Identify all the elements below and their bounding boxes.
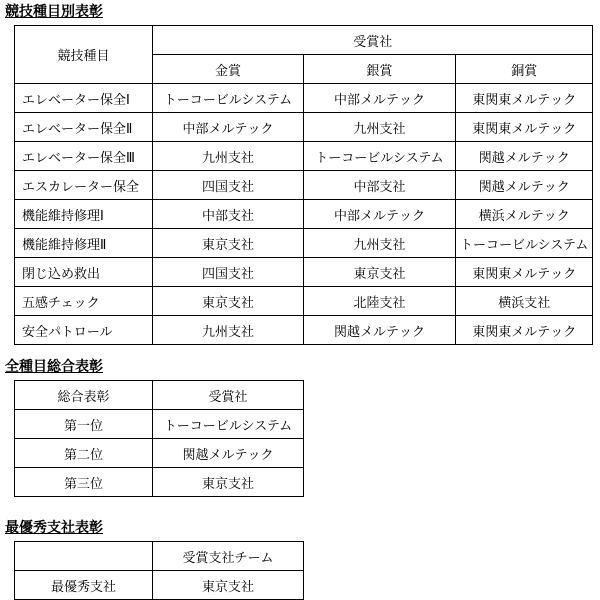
cell-bronze: 東関東メルテック [456,316,593,345]
cell-silver: 中部メルテック [304,84,456,113]
cell-rank: 第一位 [15,410,153,439]
cell-silver: 九州支社 [304,229,456,258]
table-row: 安全パトロール 九州支社 関越メルテック 東関東メルテック [15,316,593,345]
cell-awardee: 関越メルテック [153,439,304,468]
header-gold: 金賞 [153,55,304,84]
table-row: 機能維持修理Ⅰ 中部支社 中部メルテック 横浜メルテック [15,200,593,229]
table-header-row: 競技種目 受賞社 [15,26,593,55]
cell-awardee: 東京支社 [153,468,304,497]
table-row: 最優秀支社 東京支社 [15,571,304,600]
best-branch-table: 受賞支社チーム 最優秀支社 東京支社 [14,541,304,600]
document-page: 競技種目別表彰 競技種目 受賞社 金賞 銀賞 銅賞 エレベーター保全Ⅰ トーコー… [0,0,600,600]
header-rank: 総合表彰 [15,381,153,410]
table-row: エスカレーター保全 四国支社 中部支社 関越メルテック [15,171,593,200]
table-row: 第二位 関越メルテック [15,439,304,468]
section-title-competition: 競技種目別表彰 [5,4,600,20]
table-row: エレベーター保全Ⅰ トーコービルシステム 中部メルテック 東関東メルテック [15,84,593,113]
header-category: 競技種目 [15,26,153,84]
cell-category: エレベーター保全Ⅰ [15,84,153,113]
table-row: 閉じ込め救出 四国支社 東京支社 東関東メルテック [15,258,593,287]
section-title-overall: 全種目総合表彰 [5,359,600,375]
cell-category: エレベーター保全Ⅲ [15,142,153,171]
table-row: 機能維持修理Ⅱ 東京支社 九州支社 トーコービルシステム [15,229,593,258]
cell-bronze: トーコービルシステム [456,229,593,258]
cell-gold: 四国支社 [153,171,304,200]
cell-gold: 四国支社 [153,258,304,287]
cell-silver: 中部メルテック [304,200,456,229]
cell-bronze: 関越メルテック [456,142,593,171]
cell-category: 機能維持修理Ⅱ [15,229,153,258]
cell-gold: 九州支社 [153,316,304,345]
competition-awards-table: 競技種目 受賞社 金賞 銀賞 銅賞 エレベーター保全Ⅰ トーコービルシステム 中… [14,25,593,345]
table-row: 五感チェック 東京支社 北陸支社 横浜支社 [15,287,593,316]
table-header-row: 受賞支社チーム [15,542,304,571]
cell-category: 五感チェック [15,287,153,316]
cell-gold: 東京支社 [153,229,304,258]
cell-category: エスカレーター保全 [15,171,153,200]
cell-bronze: 東関東メルテック [456,258,593,287]
cell-gold: 東京支社 [153,287,304,316]
table-row: 第一位 トーコービルシステム [15,410,304,439]
header-award-group: 受賞社 [153,26,593,55]
cell-silver: 関越メルテック [304,316,456,345]
table-row: エレベーター保全Ⅲ 九州支社 トーコービルシステム 関越メルテック [15,142,593,171]
table-row: 第三位 東京支社 [15,468,304,497]
cell-gold: トーコービルシステム [153,84,304,113]
cell-silver: 北陸支社 [304,287,456,316]
cell-bronze: 横浜支社 [456,287,593,316]
cell-category: 安全パトロール [15,316,153,345]
table-header-row: 総合表彰 受賞社 [15,381,304,410]
cell-gold: 中部支社 [153,200,304,229]
header-awardee-team: 受賞支社チーム [153,542,304,571]
cell-rank: 第二位 [15,439,153,468]
cell-awardee: 東京支社 [153,571,304,600]
cell-category: 閉じ込め救出 [15,258,153,287]
header-awardee: 受賞社 [153,381,304,410]
header-blank [15,542,153,571]
cell-bronze: 東関東メルテック [456,84,593,113]
cell-silver: 九州支社 [304,113,456,142]
overall-awards-table: 総合表彰 受賞社 第一位 トーコービルシステム 第二位 関越メルテック 第三位 … [14,380,304,497]
cell-gold: 九州支社 [153,142,304,171]
cell-silver: 中部支社 [304,171,456,200]
cell-awardee: トーコービルシステム [153,410,304,439]
table-row: エレベーター保全Ⅱ 中部メルテック 九州支社 東関東メルテック [15,113,593,142]
cell-silver: トーコービルシステム [304,142,456,171]
cell-label: 最優秀支社 [15,571,153,600]
cell-bronze: 関越メルテック [456,171,593,200]
cell-silver: 東京支社 [304,258,456,287]
cell-category: 機能維持修理Ⅰ [15,200,153,229]
header-bronze: 銅賞 [456,55,593,84]
header-silver: 銀賞 [304,55,456,84]
cell-category: エレベーター保全Ⅱ [15,113,153,142]
cell-rank: 第三位 [15,468,153,497]
cell-bronze: 横浜メルテック [456,200,593,229]
section-title-best-branch: 最優秀支社表彰 [5,520,600,536]
cell-gold: 中部メルテック [153,113,304,142]
cell-bronze: 東関東メルテック [456,113,593,142]
